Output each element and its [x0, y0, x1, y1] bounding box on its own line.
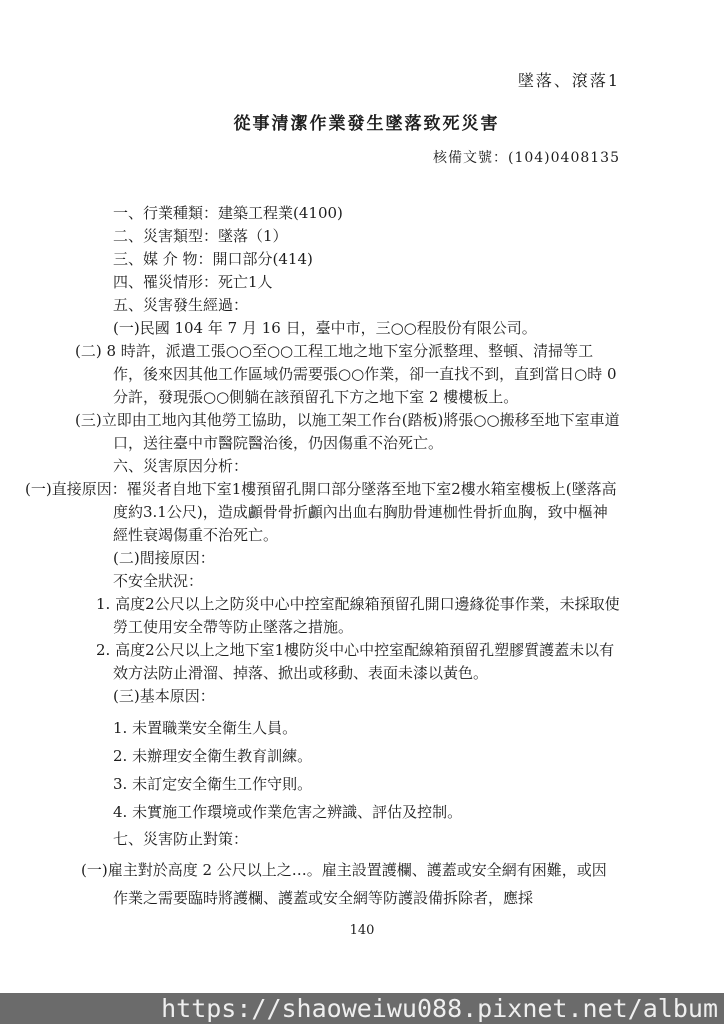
para-basic-3: 3. 未訂定安全衛生工作守則。	[113, 773, 620, 796]
heading-cause-analysis: 六、災害原因分析：	[113, 455, 620, 478]
document-body: 一、行業種類：建築工程業(4100) 二、災害類型：墜落（1） 三、媒 介 物：…	[113, 202, 620, 912]
document-page: 墜落、滾落1 從事清潔作業發生墜落致死災害 核備文號：(104)0408135 …	[0, 0, 724, 1024]
para-unsafe-1: 1. 高度2公尺以上之防災中心中控室配線箱預留孔開口邊緣從事作業，未採取使勞工使…	[113, 593, 620, 639]
para-direct-cause: (一)直接原因：罹災者自地下室1樓預留孔開口部分墜落至地下室2樓水箱室樓板上(墜…	[113, 478, 620, 547]
corner-category-label: 墜落、滾落1	[113, 70, 620, 92]
heading-prevention-measures: 七、災害防止對策：	[113, 828, 620, 851]
page-title: 從事清潔作業發生墜落致死災害	[113, 112, 620, 136]
para-unsafe-2: 2. 高度2公尺以上之地下室1樓防災中心中控室配線箱預留孔塑膠質護蓋未以有效方法…	[113, 639, 620, 685]
line-industry-type: 一、行業種類：建築工程業(4100)	[113, 202, 620, 225]
line-medium-object: 三、媒 介 物：開口部分(414)	[113, 248, 620, 271]
heading-unsafe-condition: 不安全狀況：	[113, 570, 620, 593]
para-process-2: (二) 8 時許，派遣工張○○至○○工程工地之地下室分派整理、整頓、清掃等工作，…	[113, 340, 620, 409]
para-basic-1: 1. 未置職業安全衛生人員。	[113, 717, 620, 740]
heading-basic-cause: (三)基本原因：	[113, 685, 620, 708]
line-disaster-type: 二、災害類型：墜落（1）	[113, 225, 620, 248]
heading-accident-process: 五、災害發生經過：	[113, 294, 620, 317]
reference-doc-number: 核備文號：(104)0408135	[113, 148, 620, 168]
heading-indirect-cause: (二)間接原因：	[113, 547, 620, 570]
para-basic-2: 2. 未辦理安全衛生教育訓練。	[113, 745, 620, 768]
para-prevention-1: (一)雇主對於高度 2 公尺以上之…。雇主設置護欄、護蓋或安全網有困難，或因作業…	[113, 856, 620, 912]
page-number: 140	[0, 922, 724, 940]
line-casualty-status: 四、罹災情形：死亡1人	[113, 271, 620, 294]
watermark-bar: https://shaoweiwu088.pixnet.net/album	[0, 993, 724, 1024]
para-process-1: (一)民國 104 年 7 月 16 日，臺中市，三○○程股份有限公司。	[113, 317, 620, 340]
para-basic-4: 4. 未實施工作環境或作業危害之辨識、評估及控制。	[113, 801, 620, 824]
para-process-3: (三)立即由工地內其他勞工協助，以施工架工作台(踏板)將張○○搬移至地下室車道口…	[113, 409, 620, 455]
watermark-url-text: https://shaoweiwu088.pixnet.net/album	[161, 994, 724, 1023]
